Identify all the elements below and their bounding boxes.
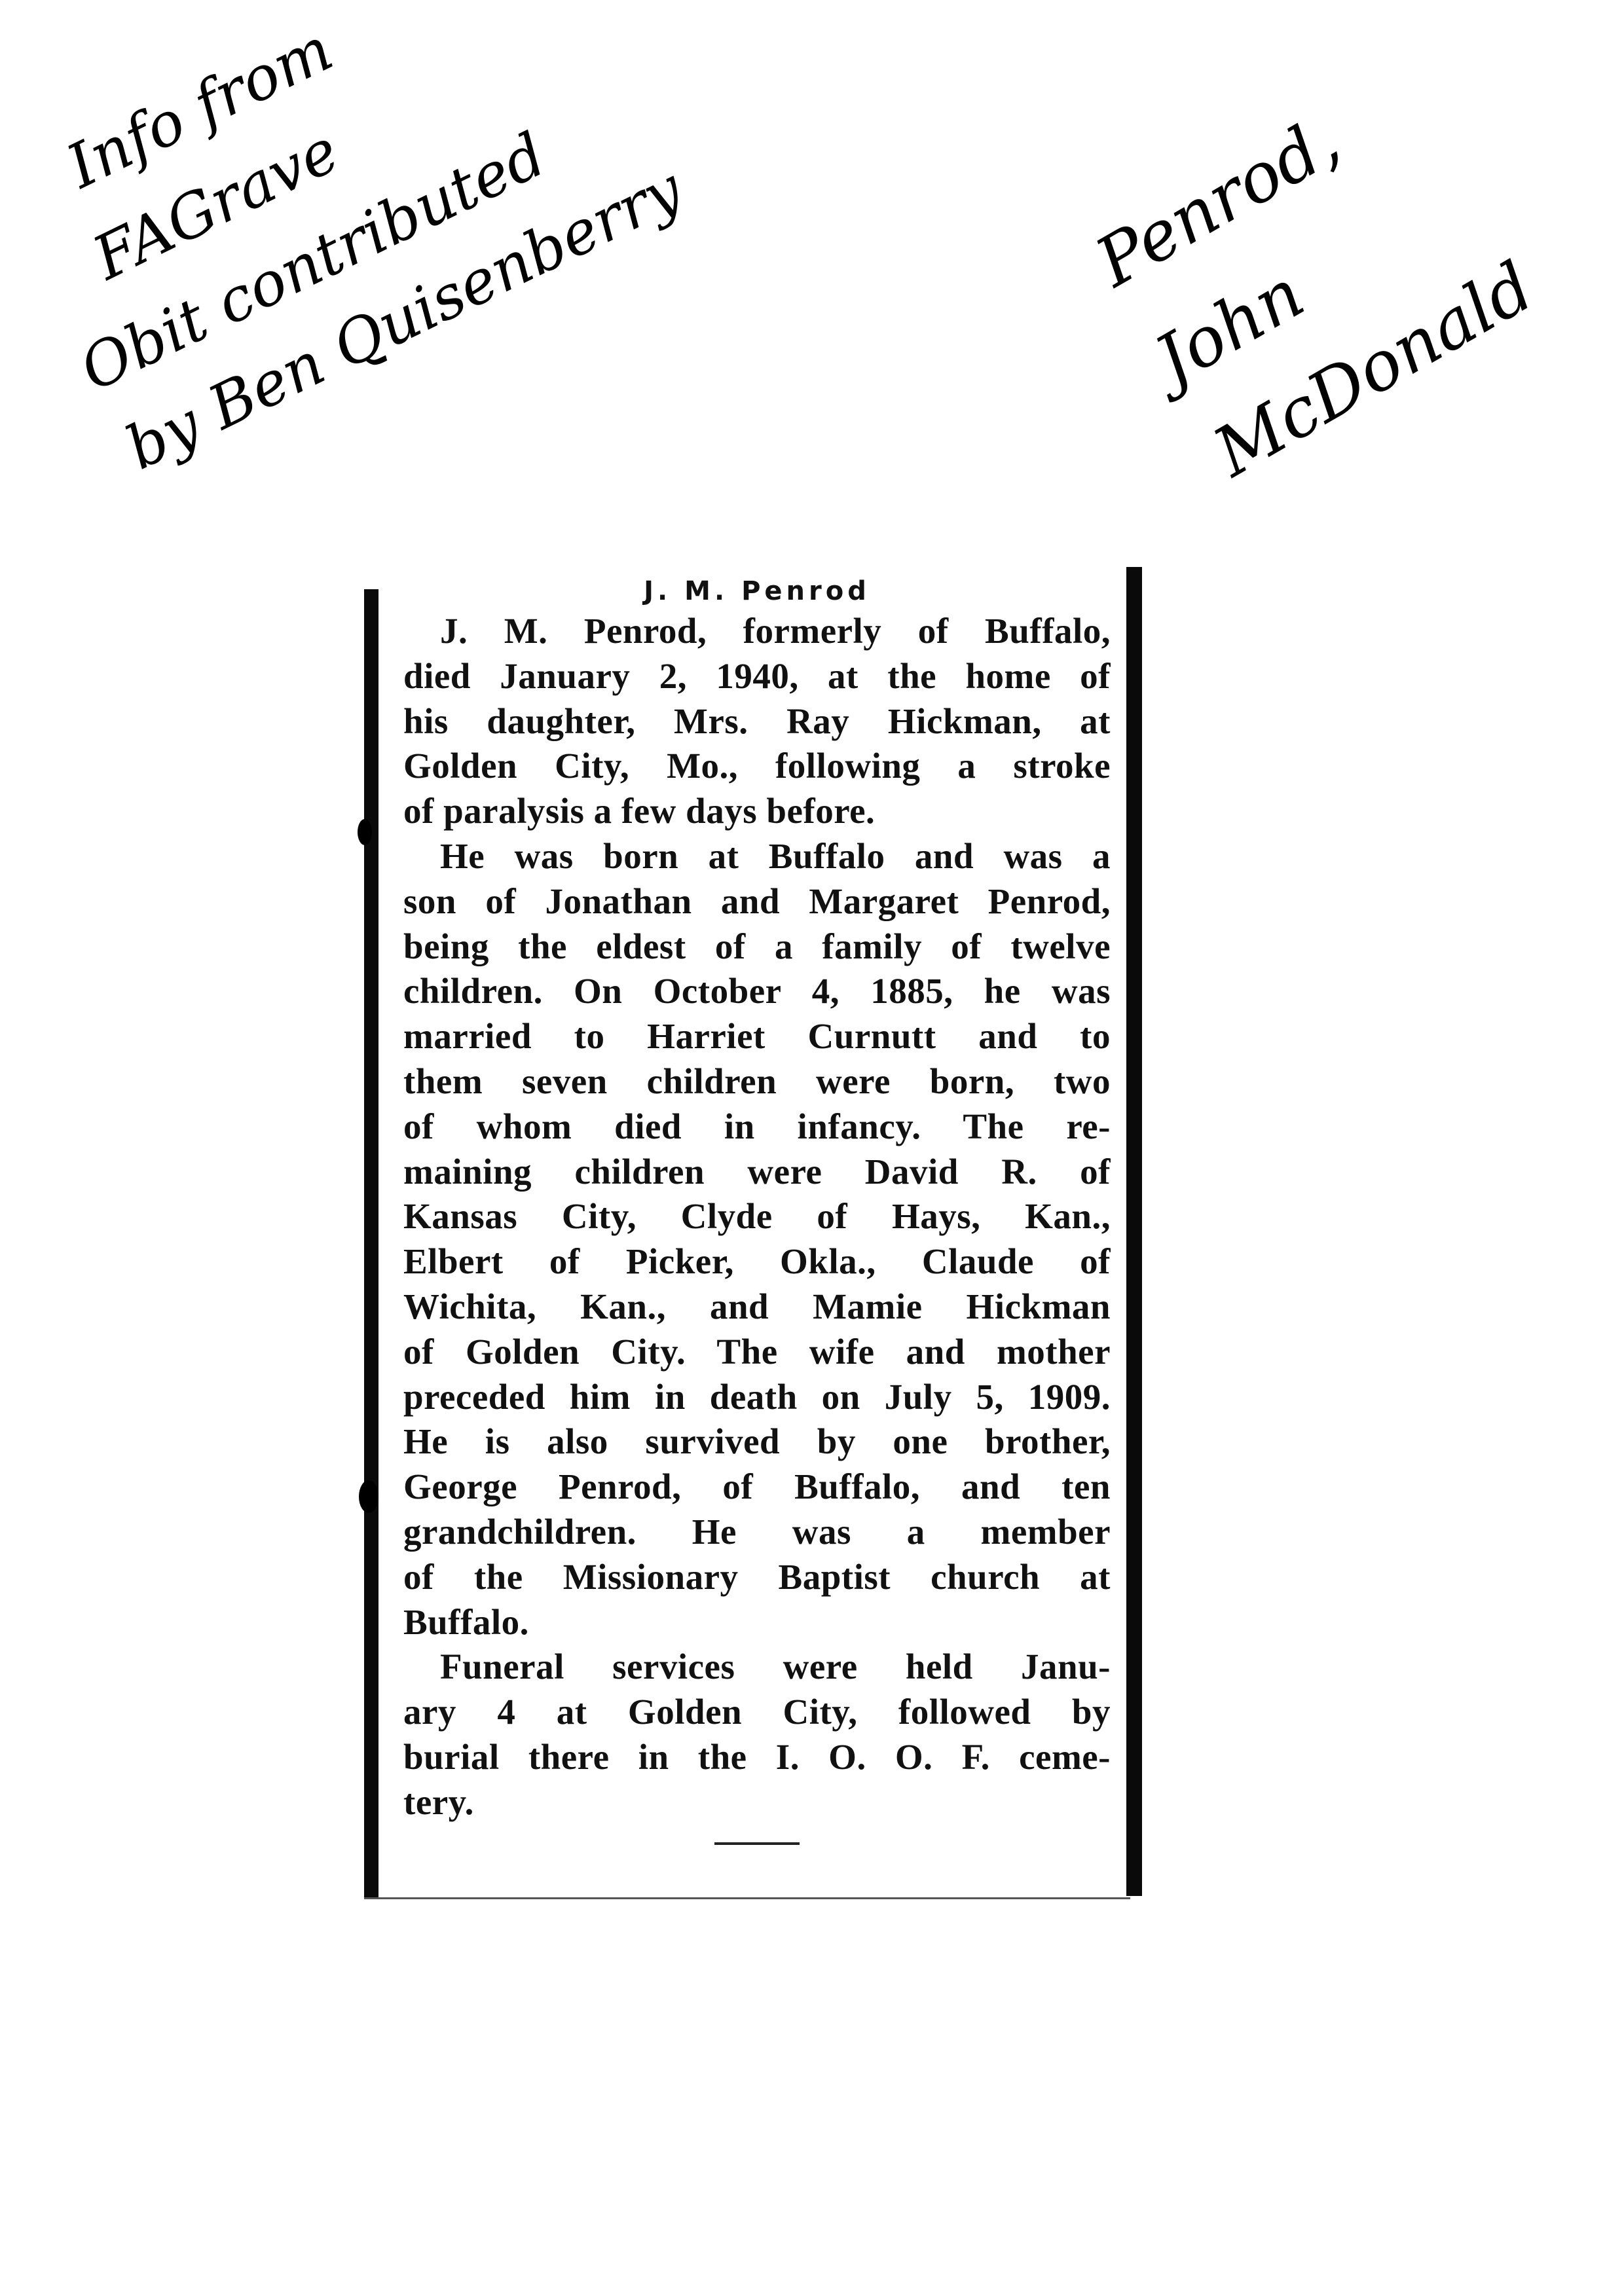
text-line: ary 4 at Golden City, followed by (403, 1690, 1111, 1735)
text-line: Golden City, Mo., following a stroke (403, 744, 1111, 789)
text-line: tery. (403, 1780, 1111, 1825)
handwritten-line: Penrod, (1086, 105, 1350, 297)
clipping-border-bottom (364, 1897, 1130, 1899)
text-line: died January 2, 1940, at the home of (403, 654, 1111, 699)
text-line: being the eldest of a family of twelve (403, 924, 1111, 970)
obituary-paragraph: He was born at Buffalo and was a son of … (403, 834, 1111, 1645)
clipping-border-left (364, 589, 378, 1899)
text-line: maining children were David R. of (403, 1150, 1111, 1195)
obituary-headline: J. M. Penrod (403, 576, 1111, 606)
text-line: burial there in the I. O. O. F. ceme- (403, 1735, 1111, 1780)
text-line: grandchildren. He was a member (403, 1510, 1111, 1555)
text-line: of Golden City. The wife and mother (403, 1330, 1111, 1375)
clipping-border-right (1126, 567, 1142, 1896)
text-line: Funeral services were held Janu- (403, 1645, 1111, 1690)
text-line: of the Missionary Baptist church at (403, 1555, 1111, 1600)
text-line: He is also survived by one brother, (403, 1419, 1111, 1465)
obituary-paragraph: J. M. Penrod, formerly of Buffalo, died … (403, 609, 1111, 834)
text-line: of paralysis a few days before. (403, 789, 1111, 834)
text-line: Buffalo. (403, 1600, 1111, 1645)
text-line: J. M. Penrod, formerly of Buffalo, (403, 609, 1111, 654)
newspaper-clipping: J. M. Penrod J. M. Penrod, formerly of B… (364, 567, 1142, 1899)
text-line: preceded him in death on July 5, 1909. (403, 1375, 1111, 1420)
obituary-paragraph: Funeral services were held Janu- ary 4 a… (403, 1645, 1111, 1825)
text-line: married to Harriet Curnutt and to (403, 1014, 1111, 1059)
text-line: Kansas City, Clyde of Hays, Kan., (403, 1194, 1111, 1239)
ink-blot (358, 819, 372, 845)
ink-blot (359, 1480, 378, 1513)
closing-rule (714, 1842, 800, 1845)
text-line: children. On October 4, 1885, he was (403, 969, 1111, 1014)
obituary-column: J. M. Penrod J. M. Penrod, formerly of B… (403, 567, 1111, 1845)
text-line: Wichita, Kan., and Mamie Hickman (403, 1285, 1111, 1330)
text-line: his daughter, Mrs. Ray Hickman, at (403, 699, 1111, 744)
text-line: of whom died in infancy. The re- (403, 1104, 1111, 1150)
text-line: George Penrod, of Buffalo, and ten (403, 1465, 1111, 1510)
text-line: Elbert of Picker, Okla., Claude of (403, 1239, 1111, 1285)
text-line: them seven children were born, two (403, 1059, 1111, 1104)
text-line: He was born at Buffalo and was a (403, 834, 1111, 879)
text-line: son of Jonathan and Margaret Penrod, (403, 879, 1111, 924)
